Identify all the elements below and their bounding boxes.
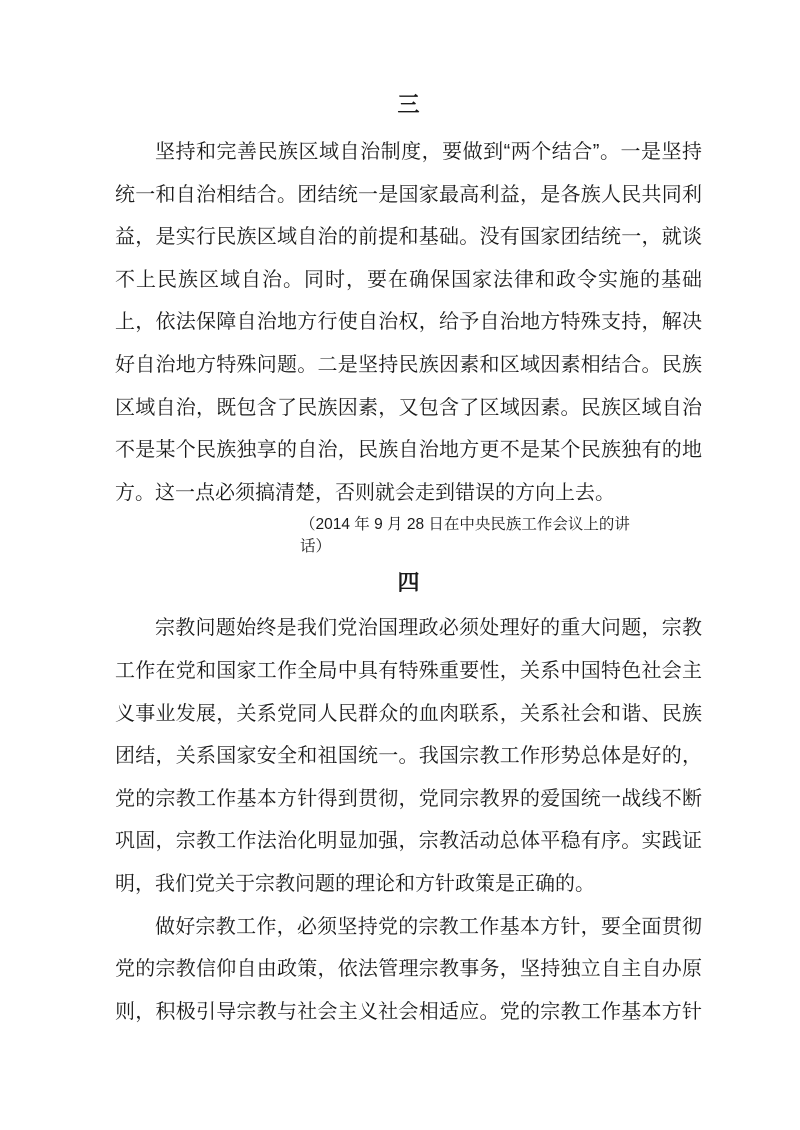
paragraph-religion-policy: 做好宗教工作，必须坚持党的宗教工作基本方针，要全面贯彻 党的宗教信仰自由政策，依… (115, 906, 702, 1034)
text-line: 方。这一点必须搞清楚，否则就会走到错误的方向上去。 (115, 472, 702, 515)
text-line: 明，我们党关于宗教问题的理论和方针政策是正确的。 (115, 863, 702, 906)
text-line: 坚持和完善民族区域自治制度，要做到“两个结合”。一是坚持 (115, 131, 702, 174)
text-line: 党的宗教工作基本方针得到贯彻，党同宗教界的爱国统一战线不断 (115, 778, 702, 821)
citation-line: 话） (300, 536, 702, 558)
text-line: 团结，关系国家安全和祖国统一。我国宗教工作形势总体是好的， (115, 735, 702, 778)
text-line: 义事业发展，关系党同人民群众的血肉联系，关系社会和谐、民族 (115, 693, 702, 736)
section-heading-four: 四 (115, 570, 702, 596)
paragraph-ethnic-autonomy: 坚持和完善民族区域自治制度，要做到“两个结合”。一是坚持 统一和自治相结合。团结… (115, 131, 702, 514)
text-line: 巩固，宗教工作法治化明显加强，宗教活动总体平稳有序。实践证 (115, 820, 702, 863)
section-heading-three: 三 (115, 92, 702, 118)
text-line: 做好宗教工作，必须坚持党的宗教工作基本方针，要全面贯彻 (115, 906, 702, 949)
citation-line: （2014 年 9 月 28 日在中央民族工作会议上的讲 (300, 514, 702, 536)
text-line: 好自治地方特殊问题。二是坚持民族因素和区域因素相结合。民族 (115, 344, 702, 387)
paragraph-religion-overview: 宗教问题始终是我们党治国理政必须处理好的重大问题，宗教 工作在党和国家工作全局中… (115, 607, 702, 905)
citation-source: （2014 年 9 月 28 日在中央民族工作会议上的讲 话） (300, 514, 702, 558)
text-line: 党的宗教信仰自由政策，依法管理宗教事务，坚持独立自主自办原 (115, 948, 702, 991)
text-line: 则，积极引导宗教与社会主义社会相适应。党的宗教工作基本方针 (115, 991, 702, 1034)
text-line: 统一和自治相结合。团结统一是国家最高利益，是各族人民共同利 (115, 174, 702, 217)
text-line: 不上民族区域自治。同时，要在确保国家法律和政令实施的基础 (115, 259, 702, 302)
text-line: 益，是实行民族区域自治的前提和基础。没有国家团结统一，就谈 (115, 216, 702, 259)
document-page: 三 坚持和完善民族区域自治制度，要做到“两个结合”。一是坚持 统一和自治相结合。… (0, 0, 800, 1130)
text-line: 上，依法保障自治地方行使自治权，给予自治地方特殊支持，解决 (115, 301, 702, 344)
text-line: 宗教问题始终是我们党治国理政必须处理好的重大问题，宗教 (115, 607, 702, 650)
text-line: 区域自治，既包含了民族因素，又包含了区域因素。民族区域自治 (115, 387, 702, 430)
text-line: 工作在党和国家工作全局中具有特殊重要性，关系中国特色社会主 (115, 650, 702, 693)
text-line: 不是某个民族独享的自治，民族自治地方更不是某个民族独有的地 (115, 429, 702, 472)
